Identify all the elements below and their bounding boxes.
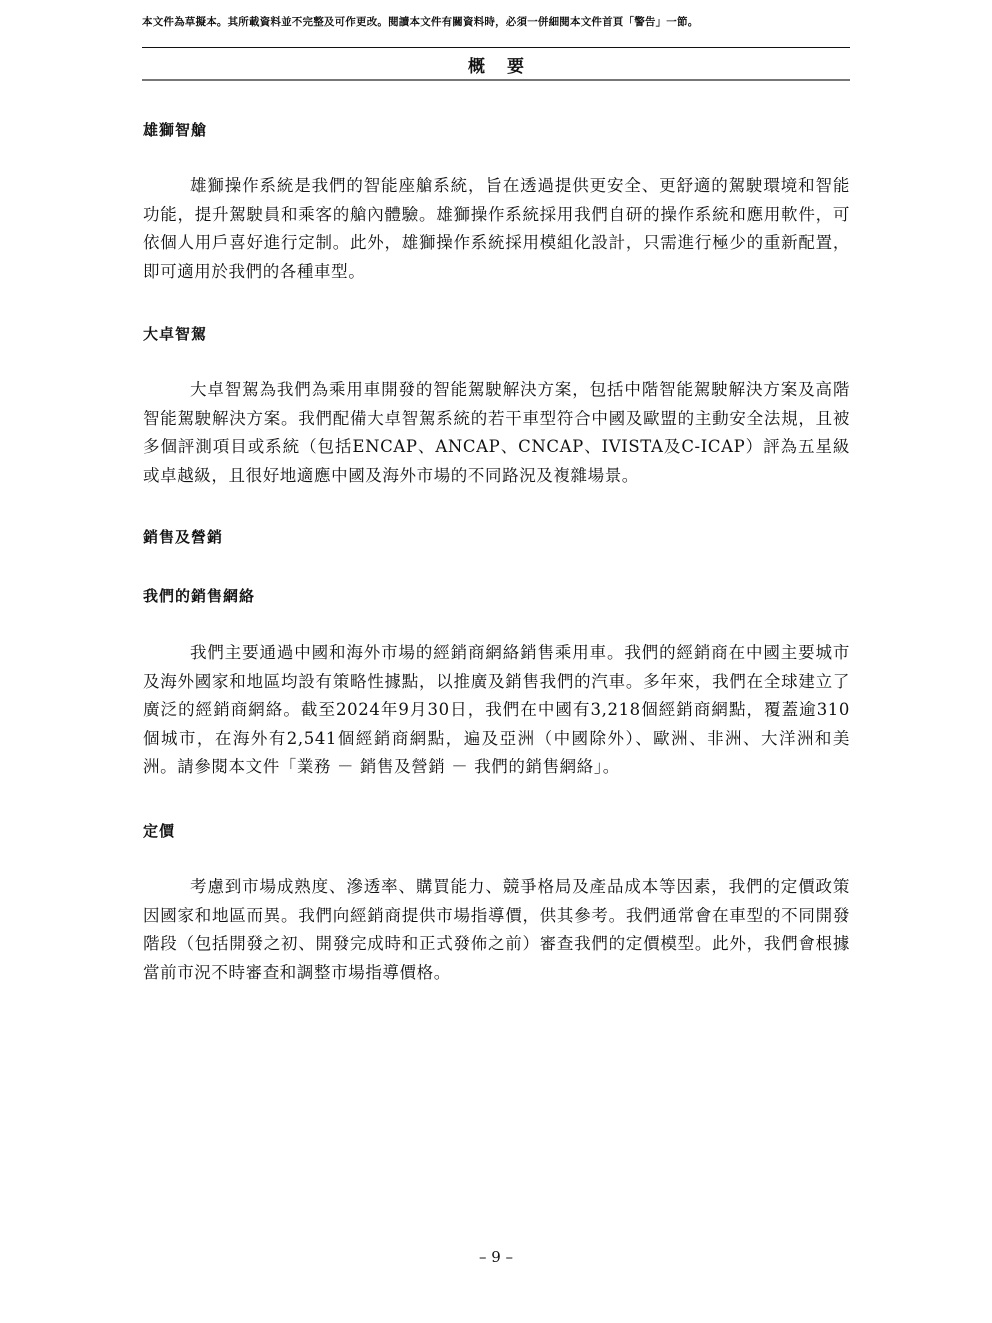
section-heading-sales-marketing: 銷售及營銷 [143,526,223,547]
section-heading-sales-network: 我們的銷售網絡 [143,585,255,606]
paragraph-pricing: 考慮到市場成熟度、滲透率、購買能力、競爭格局及產品成本等因素，我們的定價政策因國… [143,873,850,987]
paragraph-sales-network: 我們主要通過中國和海外市場的經銷商網絡銷售乘用車。我們的經銷商在中國主要城市及海… [143,639,850,782]
paragraph-smart-cockpit: 雄獅操作系統是我們的智能座艙系統，旨在透過提供更安全、更舒適的駕駛環境和智能功能… [143,172,850,286]
header-rule-bottom [142,79,850,81]
page-number: – 9 – [0,1248,992,1266]
section-heading-pricing: 定價 [143,820,175,841]
page-title: 概要 [142,52,850,77]
paragraph-smart-driving: 大卓智駕為我們為乘用車開發的智能駕駛解決方案，包括中階智能駕駛解決方案及高階智能… [143,376,850,490]
header-rule-top [142,47,850,48]
section-heading-smart-cockpit: 雄獅智艙 [143,119,207,140]
section-heading-smart-driving: 大卓智駕 [143,323,207,344]
draft-notice: 本文件為草擬本。其所載資料並不完整及可作更改。閱讀本文件有關資料時，必須一併細閱… [142,14,850,29]
